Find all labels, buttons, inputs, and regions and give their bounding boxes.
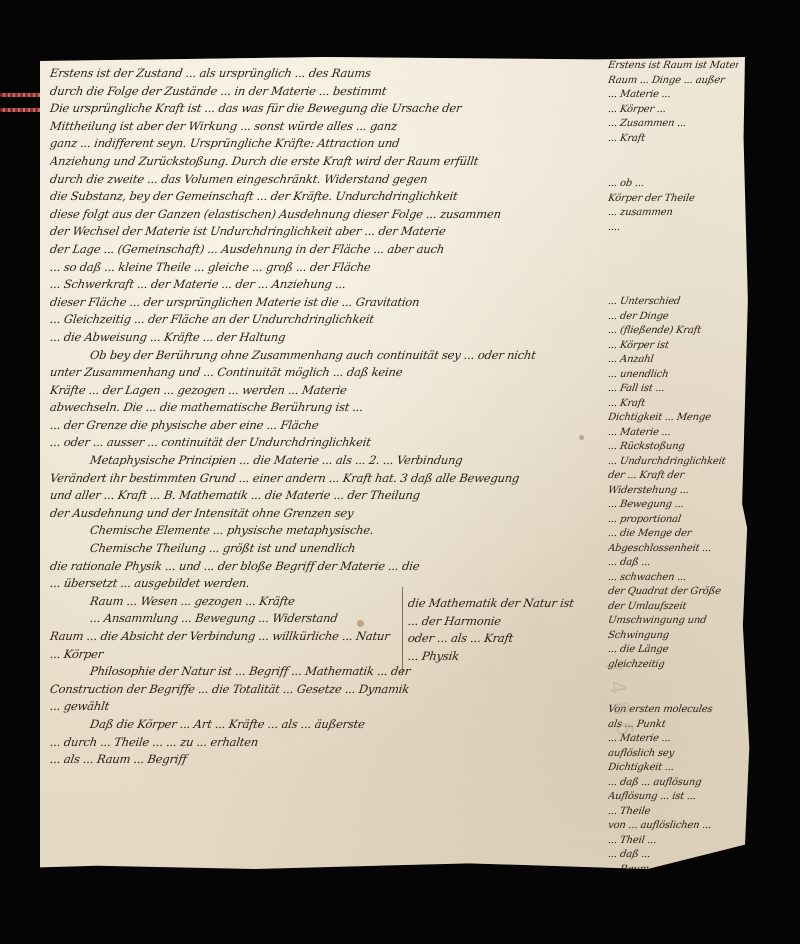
handwritten-line: ... daß ...: [607, 848, 739, 863]
handwritten-line: Dichtigkeit ... Menge: [607, 411, 739, 426]
handwritten-line: ... daß ...: [607, 556, 739, 571]
handwritten-line: ... ob ...: [607, 177, 739, 192]
handwritten-line: ... unendlich: [607, 368, 739, 383]
handwritten-line: ... oder ... ausser ... continuität der …: [49, 434, 606, 452]
handwritten-line: Umschwingung und: [607, 614, 739, 629]
red-thread-upper: [0, 93, 44, 97]
handwritten-line: ... Kraft: [607, 132, 739, 147]
handwritten-line: ... Theile: [607, 805, 739, 820]
handwritten-line: gleichzeitig: [607, 658, 739, 673]
handwritten-line: ... proportional: [607, 513, 739, 528]
handwritten-line: Körper der Theile: [607, 192, 739, 207]
handwritten-line: ... Raum ...: [607, 863, 739, 878]
handwritten-line: der ... Kraft der: [607, 469, 739, 484]
handwritten-line: ... Kraft: [607, 397, 739, 412]
handwritten-line: ... Körper ...: [607, 103, 739, 118]
side-note-divider: [402, 587, 403, 675]
handwritten-line: ... schwachen ...: [607, 571, 739, 586]
handwritten-line: der Ausdehnung und der Intensität ohne G…: [49, 505, 606, 523]
handwritten-line: die Mathematik der Natur ist: [407, 595, 599, 613]
handwritten-line: diese folgt aus der Ganzen (elastischen)…: [49, 206, 606, 224]
handwritten-line: der Lage ... (Gemeinschaft) ... Ausdehnu…: [49, 241, 606, 259]
handwritten-line: ... zusammen: [607, 206, 739, 221]
handwritten-line: ... Schwerkraft ... der Materie ... der …: [49, 276, 606, 294]
handwritten-line: die Substanz, bey der Gemeinschaft ... d…: [49, 188, 606, 206]
handwritten-line: durch die zweite ... das Volumen eingesc…: [49, 171, 606, 189]
handwritten-line: ... Theil ...: [607, 834, 739, 849]
handwritten-line: der Wechsel der Materie ist Undurchdring…: [49, 223, 606, 241]
handwritten-line: ....: [607, 221, 739, 236]
handwritten-line: ... die Menge der: [607, 527, 739, 542]
handwritten-line: Chemische Theilung ... größt ist und une…: [49, 540, 606, 558]
handwritten-line: ... die Abweisung ... Kräfte ... der Hal…: [49, 329, 606, 347]
handwritten-line: der Quadrat der Größe: [607, 585, 739, 600]
handwritten-line: ... Fall ist ...: [607, 382, 739, 397]
handwritten-line: ... daß ... auflösung: [607, 776, 739, 791]
side-note: die Mathematik der Natur ist... der Harm…: [408, 595, 598, 665]
handwritten-line: ... Unterschied: [607, 295, 739, 310]
handwritten-line: Raum ... Dinge ... außer: [607, 74, 739, 89]
handwritten-line: Chemische Elemente ... physische metaphy…: [49, 522, 606, 540]
handwritten-line: durch die Folge der Zustände ... in der …: [49, 83, 606, 101]
handwritten-line: dieser Fläche ... der ursprünglichen Mat…: [49, 294, 606, 312]
handwritten-line: abwechseln. Die ... die mathematische Be…: [49, 399, 606, 417]
handwritten-line: ... der Grenze die physische aber eine .…: [49, 417, 606, 435]
handwritten-line: Auflösung ... ist ...: [607, 790, 739, 805]
handwritten-line: ... Materie ...: [607, 877, 739, 892]
handwritten-line: und aller ... Kraft ... B. Mathematik ..…: [49, 487, 606, 505]
handwritten-line: ... durch ... Theile ... ... zu ... erha…: [49, 734, 606, 752]
handwritten-line: der Umlaufszeit: [607, 600, 739, 615]
handwritten-line: Metaphysische Principien ... die Materie…: [49, 452, 606, 470]
handwritten-line: ... Materie ...: [607, 426, 739, 441]
handwritten-line: ganz ... indifferent seyn. Ursprüngliche…: [49, 135, 606, 153]
handwritten-line: Erstens ist Raum ist Materie: [607, 59, 739, 74]
margin-block-3: ... Unterschied... der Dinge... (fließen…: [608, 295, 738, 672]
handwritten-line: auflöslich sey: [607, 747, 739, 762]
handwritten-line: Verändert ihr bestimmten Grund ... einer…: [49, 470, 606, 488]
handwritten-line: ... so daß ... kleine Theile ... gleiche…: [49, 259, 606, 277]
handwritten-line: die rationale Physik ... und ... der blo…: [49, 558, 606, 576]
handwritten-line: ... als ... Raum ... Begriff: [49, 751, 606, 769]
handwritten-line: ... der Dinge: [607, 310, 739, 325]
handwritten-line: ... Physik: [407, 648, 599, 666]
handwritten-line: Erstens ist der Zustand ... als ursprüng…: [49, 65, 606, 83]
handwritten-line: ... Körper ist: [607, 339, 739, 354]
handwritten-line: Abgeschlossenheit ...: [607, 542, 739, 557]
handwritten-line: ... Undurchdringlichkeit: [607, 455, 739, 470]
handwritten-line: von ... auflöslichen ...: [607, 819, 739, 834]
handwritten-line: Schwingung: [607, 629, 739, 644]
handwritten-line: Die ursprüngliche Kraft ist ... das was …: [49, 100, 606, 118]
handwritten-line: ... (fließende) Kraft: [607, 324, 739, 339]
handwritten-line: ... Gleichzeitig ... der Fläche an der U…: [49, 311, 606, 329]
handwritten-line: oder ... als ... Kraft: [407, 630, 599, 648]
handwritten-line: Mittheilung ist aber der Wirkung ... son…: [49, 118, 606, 136]
handwritten-line: ... Zusammen ...: [607, 117, 739, 132]
handwritten-line: Anziehung und Zurückstoßung. Durch die e…: [49, 153, 606, 171]
handwritten-line: ... übersetzt ... ausgebildet werden.: [49, 575, 606, 593]
handwritten-line: Ob bey der Berührung ohne Zusammenhang a…: [49, 347, 606, 365]
handwritten-line: ... Materie ...: [607, 88, 739, 103]
manuscript-page: Erstens ist der Zustand ... als ursprüng…: [40, 57, 755, 869]
ink-spot: [579, 435, 584, 440]
handwritten-line: Kräfte ... der Lagen ... gezogen ... wer…: [49, 382, 606, 400]
ink-spot: [357, 620, 364, 627]
handwritten-line: unter Zusammenhang und ... Continuität m…: [49, 364, 606, 382]
handwritten-line: ... Anzahl: [607, 353, 739, 368]
margin-block-top: Erstens ist Raum ist MaterieRaum ... Din…: [608, 59, 738, 146]
handwritten-line: ... die Länge: [607, 643, 739, 658]
handwritten-line: Widerstehung ...: [607, 484, 739, 499]
margin-block-2: ... ob ...Körper der Theile... zusammen.…: [608, 177, 738, 235]
handwritten-line: ... Rückstoßung: [607, 440, 739, 455]
handwritten-line: Dichtigkeit ...: [607, 761, 739, 776]
handwritten-line: ... der Harmonie: [407, 613, 599, 631]
red-thread-lower: [0, 108, 44, 112]
handwritten-line: ... Bewegung ...: [607, 498, 739, 513]
